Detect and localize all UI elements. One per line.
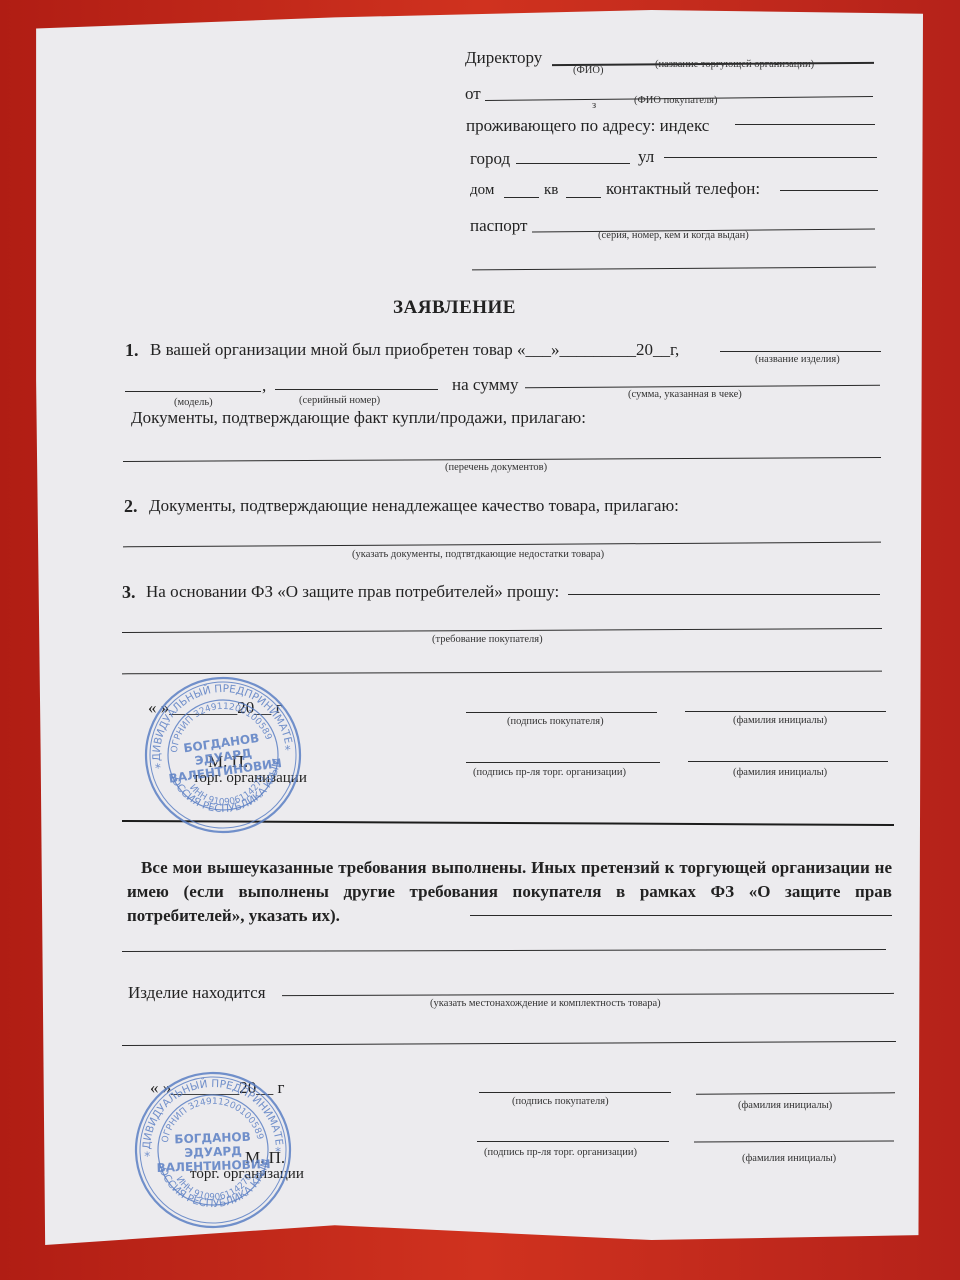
closing-statement: Все мои вышеуказанные требования выполне… (127, 856, 892, 928)
passport-label: паспорт (470, 216, 528, 236)
svg-text:*: * (144, 1149, 150, 1163)
director-hint-org: (название торгующей организации) (655, 59, 814, 70)
hint-buyer-name-1: (фамилия инициалы) (733, 715, 827, 726)
hint-product-name: (название изделия) (755, 354, 840, 365)
other-demands-field[interactable] (470, 915, 892, 916)
index-field[interactable] (735, 124, 875, 125)
passport-hint: (серия, номер, кем и когда выдан) (598, 230, 749, 241)
location-label: Изделие находится (128, 983, 266, 1003)
address-label: проживающего по адресу: индекс (466, 116, 709, 136)
org-signature-field-1[interactable] (466, 762, 660, 763)
section-1-number: 1. (125, 340, 139, 361)
demand-field-1[interactable] (568, 594, 880, 595)
hint-org-signature-2: (подпись пр-ля торг. организации) (484, 1147, 637, 1158)
company-stamp-1: ИНДИВИДУАЛЬНЫЙ ПРЕДПРИНИМАТЕЛЬ РОССИЯ РЕ… (133, 665, 314, 846)
section-2-text: Документы, подтверждающие ненадлежащее к… (149, 496, 679, 516)
hint-demand: (требование покупателя) (432, 634, 543, 645)
document-title: ЗАЯВЛЕНИЕ (393, 297, 516, 319)
org-name-field-1[interactable] (688, 761, 888, 762)
stamp-icon: ИНДИВИДУАЛЬНЫЙ ПРЕДПРИНИМАТЕЛЬ РОССИЯ РЕ… (130, 1067, 295, 1232)
hint-buyer-signature-1: (подпись покупателя) (507, 716, 604, 727)
hint-docs: (перечень документов) (445, 462, 547, 473)
location-hint: (указать местонахождение и комплектность… (430, 998, 661, 1009)
buyer-name-field-1[interactable] (685, 711, 886, 712)
svg-text:*: * (154, 761, 162, 776)
buyer-signature-field-2[interactable] (479, 1092, 671, 1093)
hint-serial: (серийный номер) (299, 395, 380, 406)
section-1-text: В вашей организации мной был приобретен … (150, 340, 679, 360)
street-field[interactable] (664, 157, 877, 158)
company-stamp-2: ИНДИВИДУАЛЬНЫЙ ПРЕДПРИНИМАТЕЛЬ РОССИЯ РЕ… (130, 1067, 295, 1232)
phone-field[interactable] (780, 190, 878, 191)
hint-buyer-name-2: (фамилия инициалы) (738, 1100, 832, 1111)
phone-label: контактный телефон: (606, 179, 760, 199)
city-field[interactable] (516, 163, 630, 164)
house-field[interactable] (504, 197, 539, 198)
city-label: город (470, 149, 510, 169)
purchase-docs-label: Документы, подтверждающие факт купли/про… (131, 408, 586, 428)
sum-label: на сумму (452, 375, 519, 395)
house-label: дом (470, 182, 494, 199)
section-3-text: На основании ФЗ «О защите прав потребите… (146, 582, 559, 602)
org-signature-field-2[interactable] (477, 1141, 669, 1142)
svg-text:*: * (284, 743, 292, 758)
stamp-icon: ИНДИВИДУАЛЬНЫЙ ПРЕДПРИНИМАТЕЛЬ РОССИЯ РЕ… (133, 665, 314, 846)
serial-field[interactable] (275, 389, 438, 390)
hint-org-name-1: (фамилия инициалы) (733, 767, 827, 778)
hint-org-name-2: (фамилия инициалы) (742, 1153, 836, 1164)
section-3-number: 3. (122, 582, 136, 603)
hint-org-signature-1: (подпись пр-ля торг. организации) (473, 767, 626, 778)
hint-model: (модель) (174, 397, 213, 408)
director-label: Директору (465, 48, 542, 68)
from-label: от (465, 84, 481, 104)
model-comma: , (262, 376, 266, 396)
buyer-signature-field-1[interactable] (466, 712, 657, 713)
director-hint-fio: (ФИО) (573, 65, 603, 76)
apt-label: кв (544, 182, 558, 199)
from-mark: з (592, 100, 596, 111)
section-2-number: 2. (124, 496, 138, 517)
street-label: ул (638, 147, 654, 167)
model-field[interactable] (125, 391, 261, 392)
svg-text:ВАЛЕНТИНОВИЧ: ВАЛЕНТИНОВИЧ (156, 1157, 270, 1175)
hint-sum: (сумма, указанная в чеке) (628, 389, 742, 400)
svg-text:*: * (275, 1145, 281, 1159)
from-hint: (ФИО покупателя) (634, 95, 717, 106)
hint-defect-docs: (указать документы, подтвтдкающие недост… (352, 549, 604, 560)
product-name-field[interactable] (720, 351, 881, 352)
hint-buyer-signature-2: (подпись покупателя) (512, 1096, 609, 1107)
apt-field[interactable] (566, 197, 601, 198)
